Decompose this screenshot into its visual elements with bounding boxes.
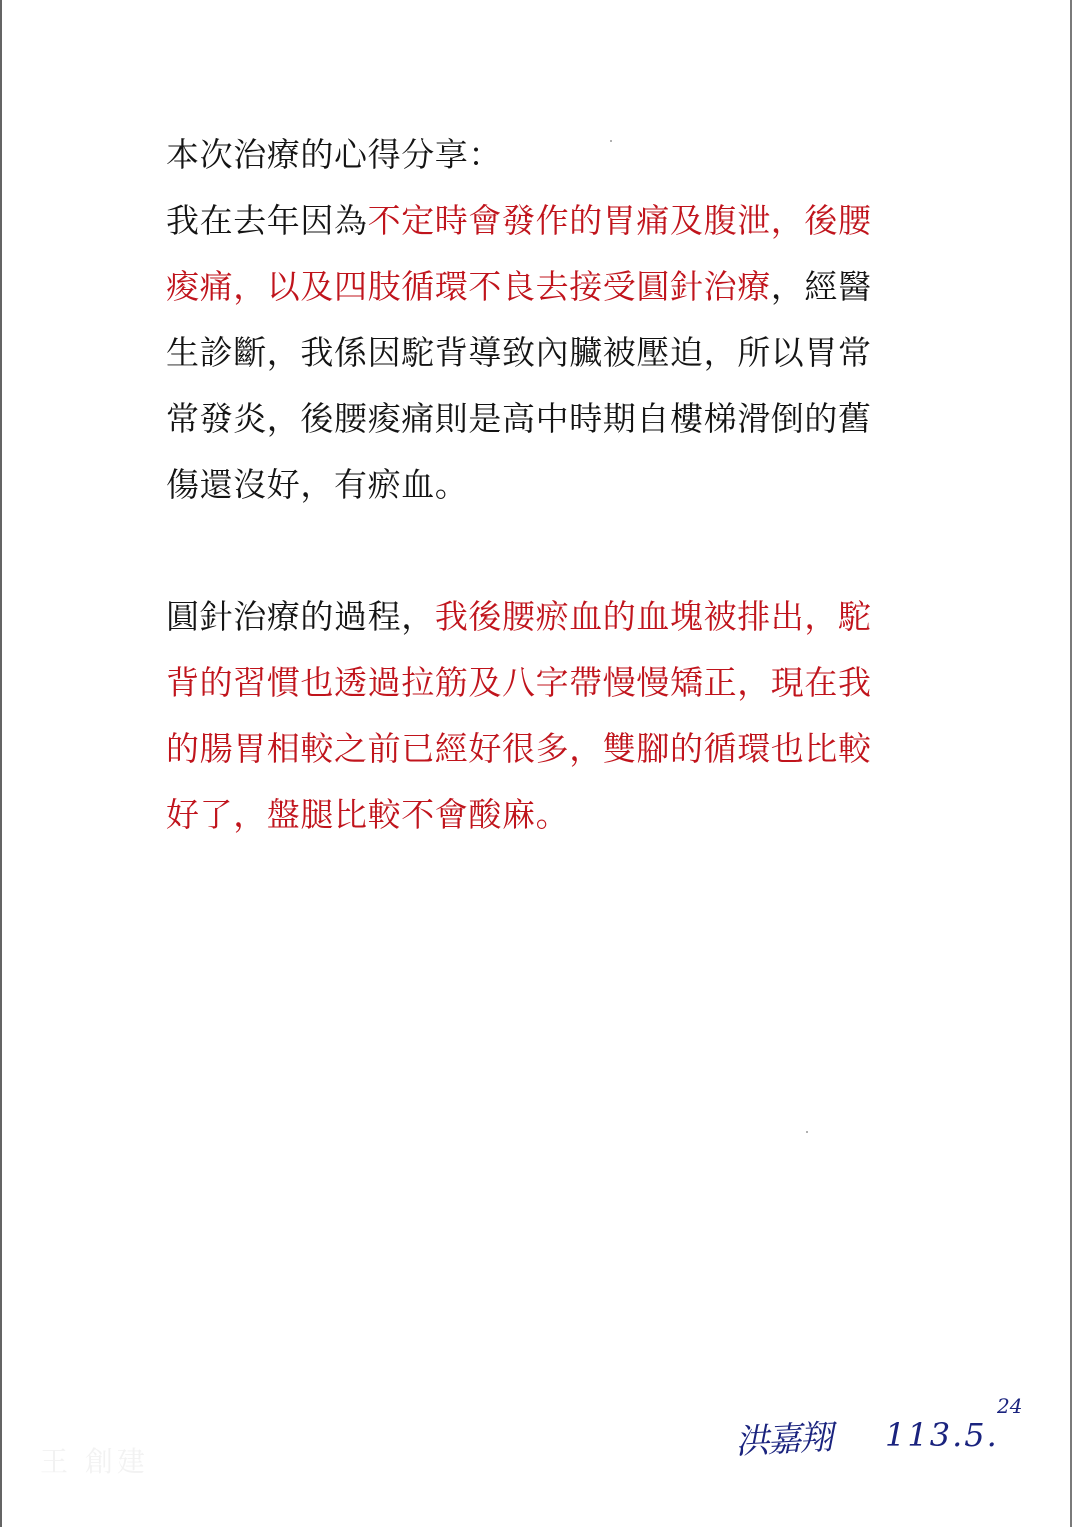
paragraph-1-line-3: 生診斷，我係因駝背導致內臟被壓迫，所以胃常 xyxy=(166,320,926,386)
scan-edge-left xyxy=(0,0,2,1527)
scan-speck xyxy=(610,140,612,142)
paragraph-2: 圓針治療的過程，我後腰瘀血的血塊被排出，駝 背的習慣也透過拉筋及八字帶慢慢矯正，… xyxy=(166,584,926,848)
paragraph-1: 我在去年因為不定時會發作的胃痛及腹泄，後腰 痠痛，以及四肢循環不良去接受圓針治療… xyxy=(166,188,926,518)
handwritten-signature: 洪嘉翔 113.5. 24 xyxy=(735,1408,1055,1478)
highlighted-text-segment: 我後腰瘀血的血塊被排出，駝 xyxy=(435,597,872,636)
paragraph-2-line-4: 好了，盤腿比較不會酸麻。 xyxy=(166,782,926,848)
highlighted-text-segment: 的腸胃相較之前已經好很多，雙腳的循環也比較 xyxy=(166,729,872,768)
signature-date-day: 24 xyxy=(997,1394,1022,1418)
paragraph-2-line-1: 圓針治療的過程，我後腰瘀血的血塊被排出，駝 xyxy=(166,584,926,650)
paragraph-1-line-5: 傷還沒好，有瘀血。 xyxy=(166,452,926,518)
document-page: 本次治療的心得分享： 我在去年因為不定時會發作的胃痛及腹泄，後腰 痠痛，以及四肢… xyxy=(0,0,1072,1527)
paragraph-1-line-1: 我在去年因為不定時會發作的胃痛及腹泄，後腰 xyxy=(166,188,926,254)
document-body: 本次治療的心得分享： 我在去年因為不定時會發作的胃痛及腹泄，後腰 痠痛，以及四肢… xyxy=(166,122,926,848)
highlighted-text-segment: 好了，盤腿比較不會酸麻。 xyxy=(166,795,569,834)
paragraph-1-line-2: 痠痛，以及四肢循環不良去接受圓針治療，經醫 xyxy=(166,254,926,320)
text-segment: 常發炎，後腰痠痛則是高中時期自樓梯滑倒的舊 xyxy=(166,399,872,438)
highlighted-text-segment: 痠痛，以及四肢循環不良去接受圓針治療 xyxy=(166,267,771,306)
document-title: 本次治療的心得分享： xyxy=(166,122,926,188)
highlighted-text-segment: 不定時會發作的胃痛及腹泄，後腰 xyxy=(368,201,872,240)
text-segment: ，經醫 xyxy=(771,267,872,306)
text-segment: 圓針治療的過程， xyxy=(166,597,435,636)
paragraph-gap xyxy=(166,518,926,584)
text-segment: 傷還沒好，有瘀血。 xyxy=(166,465,468,504)
paragraph-1-line-4: 常發炎，後腰痠痛則是高中時期自樓梯滑倒的舊 xyxy=(166,386,926,452)
scan-speck xyxy=(806,1131,808,1133)
paragraph-2-line-3: 的腸胃相較之前已經好很多，雙腳的循環也比較 xyxy=(166,716,926,782)
signature-date: 113.5. xyxy=(885,1416,999,1454)
highlighted-text-segment: 背的習慣也透過拉筋及八字帶慢慢矯正，現在我 xyxy=(166,663,872,702)
text-segment: 我在去年因為 xyxy=(166,201,368,240)
paragraph-2-line-2: 背的習慣也透過拉筋及八字帶慢慢矯正，現在我 xyxy=(166,650,926,716)
text-segment: 生診斷，我係因駝背導致內臟被壓迫，所以胃常 xyxy=(166,333,872,372)
faint-watermark: 王 創建 xyxy=(40,1440,149,1480)
signature-name: 洪嘉翔 xyxy=(734,1410,832,1464)
